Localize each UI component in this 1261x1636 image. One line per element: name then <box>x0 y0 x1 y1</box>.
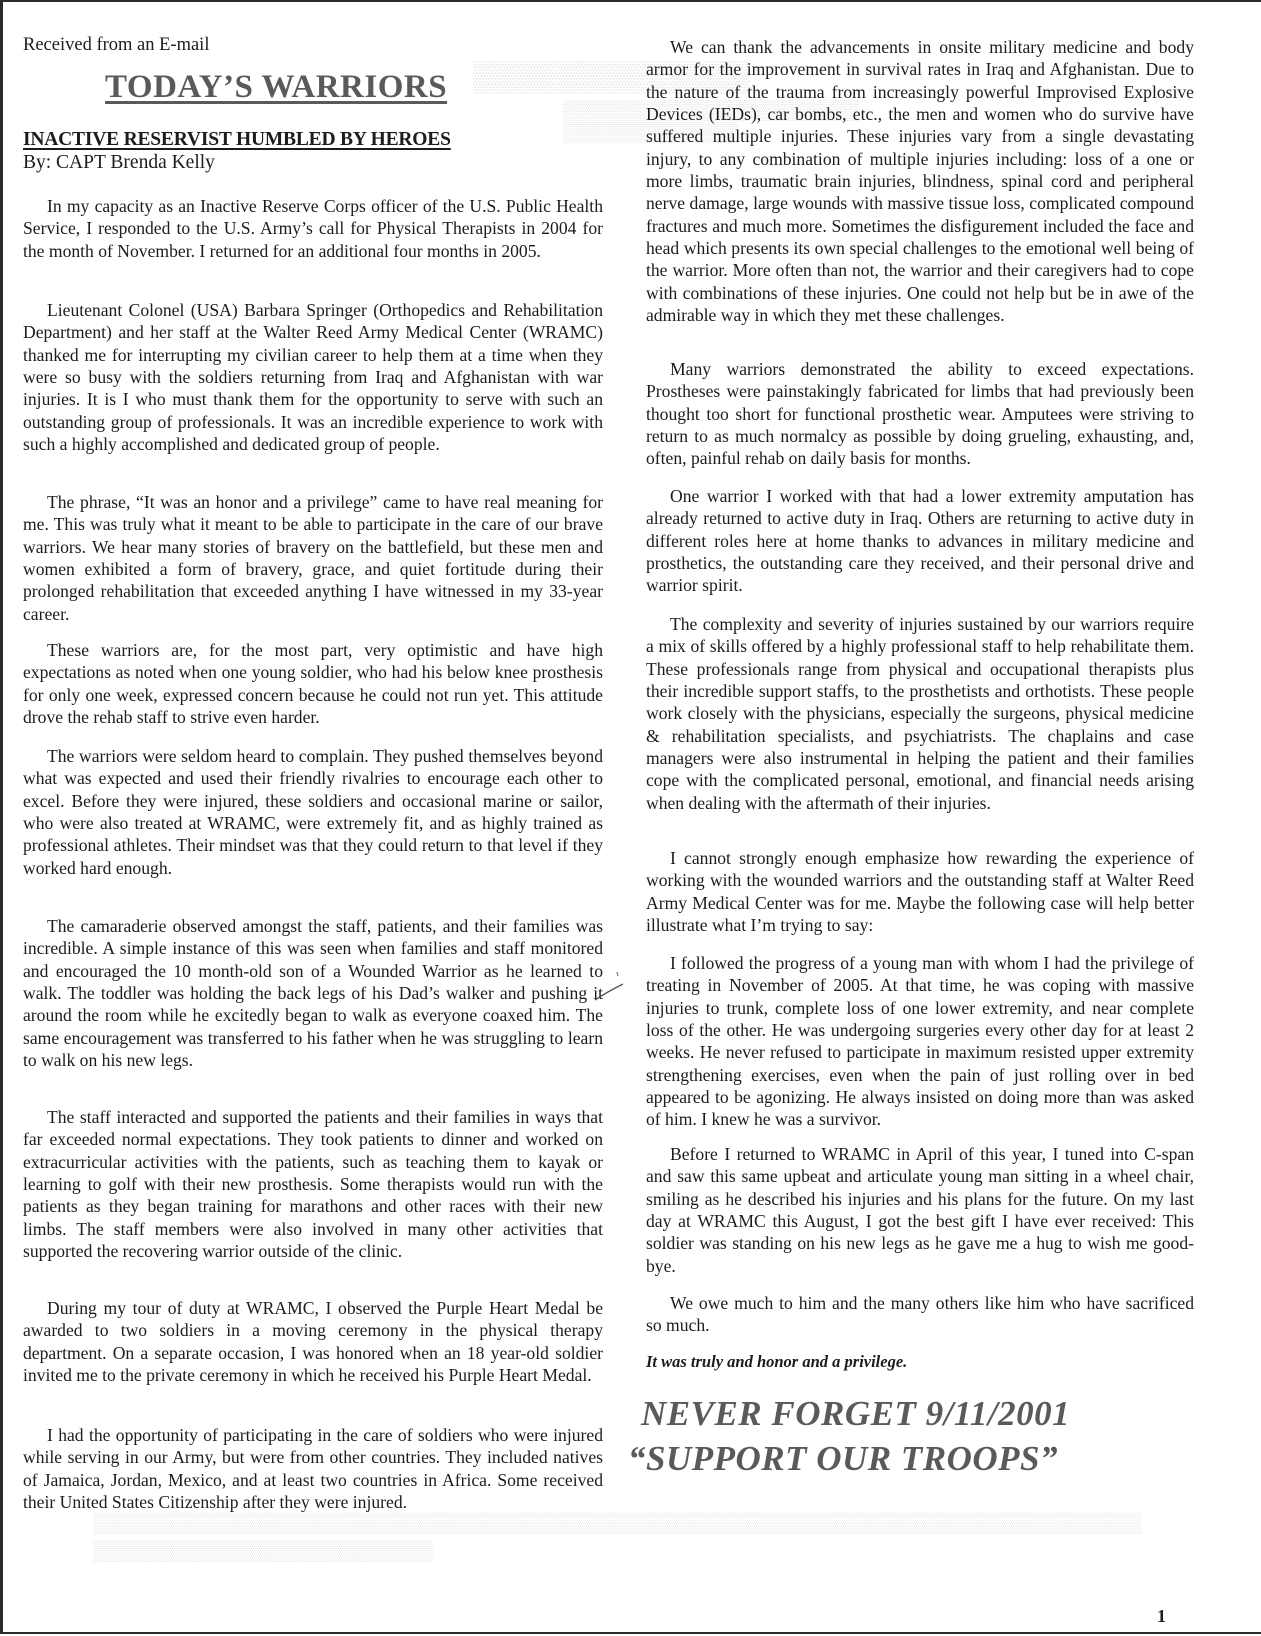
paragraph: We owe much to him and the many others l… <box>646 1292 1194 1337</box>
paragraph: These warriors are, for the most part, v… <box>23 639 603 728</box>
bleed-through-ghost-text: ▒▒▒▒▒▒▒▒▒▒▒▒▒▒▒▒▒▒▒▒▒▒▒▒▒▒▒▒▒▒▒▒▒▒▒▒▒▒▒▒… <box>93 1512 1142 1535</box>
bleed-through-ghost-text: ▒▒▒▒▒▒▒▒▒▒▒▒▒▒▒▒▒▒▒▒▒▒▒▒ <box>93 1540 433 1563</box>
paragraph: I cannot strongly enough emphasize how r… <box>646 847 1194 936</box>
paragraph: The phrase, “It was an honor and a privi… <box>23 491 603 625</box>
paragraph: One warrior I worked with that had a low… <box>646 485 1194 597</box>
paragraph: I followed the progress of a young man w… <box>646 952 1194 1131</box>
paragraph: Before I returned to WRAMC in April of t… <box>646 1143 1194 1277</box>
article-byline: By: CAPT Brenda Kelly <box>23 152 215 174</box>
paragraph: The camaraderie observed amongst the sta… <box>23 915 603 1071</box>
paragraph: In my capacity as an Inactive Reserve Co… <box>23 195 603 262</box>
article-headline: INACTIVE RESERVIST HUMBLED BY HEROES <box>23 129 451 151</box>
paragraph: The staff interacted and supported the p… <box>23 1106 603 1262</box>
document-page: ▒▒▒▒▒▒▒▒▒▒▒▒▒ ▒▒▒▒▒▒▒▒▒▒▒▒▒▒▒▒▒▒▒▒▒▒ ▒▒▒… <box>0 0 1261 1634</box>
page-title: TODAY’S WARRIORS <box>105 69 447 106</box>
slogan-support-our-troops: “SUPPORT OUR TROOPS” <box>628 1439 1058 1479</box>
paragraph: Lieutenant Colonel (USA) Barbara Springe… <box>23 299 603 455</box>
slogan-never-forget: NEVER FORGET 9/11/2001 <box>641 1394 1070 1434</box>
paragraph: I had the opportunity of participating i… <box>23 1424 603 1513</box>
source-note: Received from an E-mail <box>23 35 209 56</box>
paragraph: The warriors were seldom heard to compla… <box>23 745 603 879</box>
closing-line: It was truly and honor and a privilege. <box>646 1352 907 1372</box>
paragraph: Many warriors demonstrated the ability t… <box>646 358 1194 470</box>
paragraph: During my tour of duty at WRAMC, I obser… <box>23 1297 603 1386</box>
pen-mark-icon <box>593 970 633 1002</box>
paragraph: The complexity and severity of injuries … <box>646 613 1194 814</box>
page-number: 1 <box>1157 1606 1166 1627</box>
paragraph: We can thank the advancements in onsite … <box>646 36 1194 326</box>
